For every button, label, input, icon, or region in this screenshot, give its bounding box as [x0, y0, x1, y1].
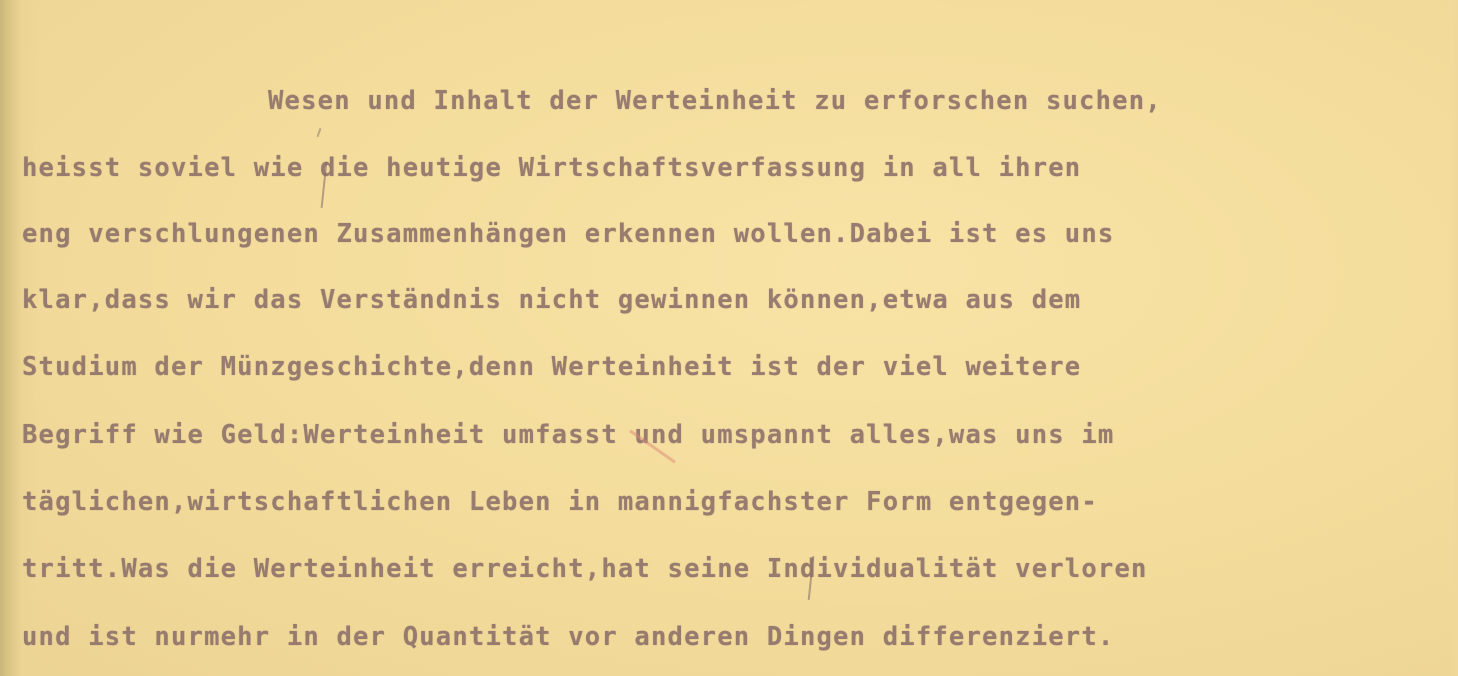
text-line-2: heisst soviel wie die heutige Wirtschaft…: [22, 153, 1081, 183]
paper-edge: [1448, 0, 1458, 676]
text-line-9: und ist nurmehr in der Quantität vor and…: [22, 622, 1114, 652]
text-line-5: Studium der Münzgeschichte,denn Werteinh…: [22, 352, 1081, 382]
text-line-1: Wesen und Inhalt der Werteinheit zu erfo…: [268, 86, 1162, 116]
text-line-4: klar,dass wir das Verständnis nicht gewi…: [22, 285, 1081, 315]
text-line-6: Begriff wie Geld:Werteinheit umfasst und…: [22, 420, 1114, 450]
text-line-3: eng verschlungenen Zusammenhängen erkenn…: [22, 219, 1114, 249]
text-line-8: tritt.Was die Werteinheit erreicht,hat s…: [22, 554, 1148, 584]
text-line-7: täglichen,wirtschaftlichen Leben in mann…: [22, 487, 1098, 517]
